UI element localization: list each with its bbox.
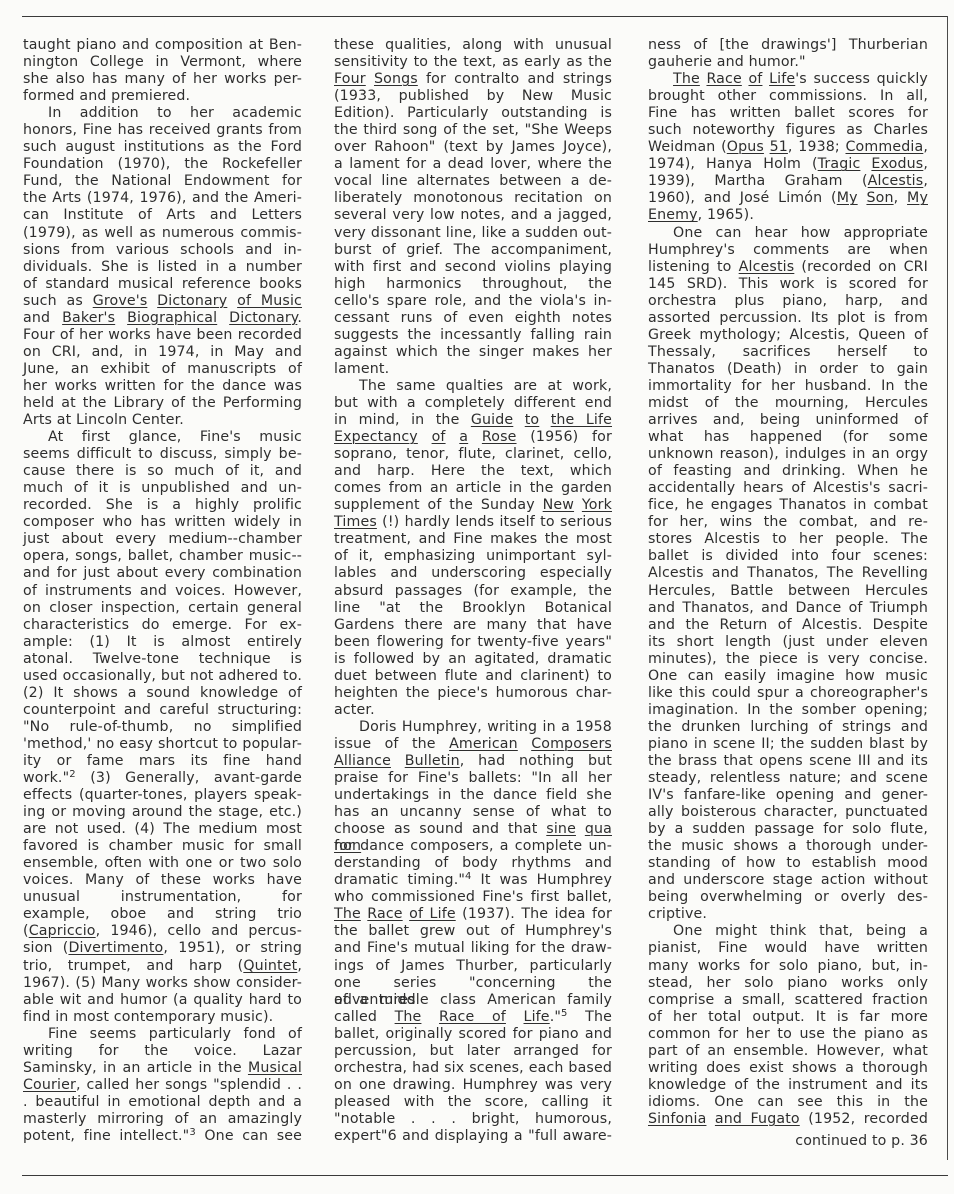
text-line: 1960), and José Limón (My Son, My (648, 190, 928, 207)
text-line: part of an ensemble. However, what (648, 1043, 928, 1060)
text-segment: opera, songs, ballet, chamber music-- (23, 548, 302, 564)
text-line: of her total output. It is far more (648, 1009, 928, 1026)
text-segment: , (923, 173, 928, 189)
text-line: and the Return of Alcestis. Despite (648, 617, 928, 634)
text-segment: 1967). (5) Many works show consider- (23, 975, 302, 991)
text-line: undertakings in the dance field she (334, 787, 612, 804)
text-line: nington College in Vermont, where (23, 54, 302, 71)
text-segment: and the Return of Alcestis. Despite (648, 617, 928, 633)
text-line: able wit and humor (a quality hard to (23, 992, 302, 1009)
text-segment (421, 1009, 439, 1025)
title-reference: York (582, 497, 612, 513)
text-line: The Race of Life's success quickly (648, 71, 928, 88)
text-segment: orchestra plus piano, harp, and (648, 293, 928, 309)
text-segment: over Rahoon" (text by James Joyce), (334, 139, 612, 155)
text-line: for her, wins the combat, and re- (648, 514, 928, 531)
text-line: opera, songs, ballet, chamber music-- (23, 548, 302, 565)
text-line: masterly mirroring of an amazingly (23, 1111, 302, 1128)
text-segment: by a sudden passage for solo flute, (648, 821, 928, 837)
title-reference: Exodus (871, 156, 923, 172)
text-segment: 'method,' no easy shortcut to popular- (23, 736, 302, 752)
text-line: minutes), the piece is very concise. (648, 651, 928, 668)
text-line: percussion, but later arranged for (334, 1043, 612, 1060)
text-line: Expectancy of a Rose (1956) for (334, 429, 612, 446)
text-segment: treatment, and Fine makes the most (334, 531, 612, 547)
text-segment: Thessaly, sacrifices herself to (648, 344, 928, 360)
text-line: Enemy, 1965). (648, 207, 928, 224)
text-line: idioms. One can see this in the (648, 1094, 928, 1111)
text-line: vocal line alternates between a de- (334, 173, 612, 190)
text-segment: burst of grief. The accompaniment, (334, 242, 612, 258)
text-segment: One might think that, being a (673, 923, 928, 939)
text-segment: being overwhelming or overly des- (648, 889, 928, 905)
text-line: on closer inspection, certain general (23, 600, 302, 617)
text-segment: the third song of the set, "She Weeps (334, 122, 612, 138)
text-segment: is followed by an agitated, dramatic (334, 651, 612, 667)
text-line: on one drawing. Humphrey was very (334, 1077, 612, 1094)
text-line: writing does exist shows a thorough (648, 1060, 928, 1077)
column-left: taught piano and composition at Ben-ning… (23, 37, 302, 1145)
text-segment: The same qualties are at work, (359, 378, 612, 394)
title-reference: Baker's (62, 310, 115, 326)
text-line: Arts at Lincoln Center. (23, 412, 302, 429)
title-reference: The (395, 1009, 422, 1025)
text-segment: held at the Library of the Performing (23, 395, 302, 411)
title-reference: Composers (531, 736, 612, 752)
text-segment: cause there is so much of it, and (23, 463, 302, 479)
text-segment: sions from various schools and in- (23, 242, 302, 258)
text-line: with first and second violins playing (334, 259, 612, 276)
text-segment: One can see (196, 1128, 302, 1144)
title-reference: Alcestis (739, 259, 795, 275)
text-segment (506, 1009, 524, 1025)
text-line: Fine seems particularly fond of (23, 1026, 302, 1043)
text-line: work."2 (3) Generally, avant-garde (23, 770, 302, 787)
text-line: in mind, in the Guide to the Life (334, 412, 612, 429)
text-line: orchestra plus piano, harp, and (648, 293, 928, 310)
text-segment: (!) hardly lends itself to serious (377, 514, 612, 530)
text-segment: expert"6 and displaying a "full aware- (334, 1128, 612, 1144)
text-segment: been flowering for twenty-five years" (334, 634, 612, 650)
text-segment: called (334, 1009, 395, 1025)
text-segment: ness of [the drawings'] Thurberian (648, 37, 928, 53)
title-reference: Guide (471, 412, 513, 428)
text-segment: criptive. (648, 906, 707, 922)
text-segment: . beautiful in emotional depth and a (23, 1094, 302, 1110)
title-reference: of (748, 71, 762, 87)
text-line: and Fine's mutual liking for the draw- (334, 940, 612, 957)
text-line: writing for the voice. Lazar (23, 1043, 302, 1060)
text-segment: , 1951), or string (163, 940, 302, 956)
text-line: issue of the American Composers (334, 736, 612, 753)
text-line: potent, fine intellect."3 One can see (23, 1128, 302, 1145)
text-segment: Fine has written ballet scores for (648, 105, 928, 121)
text-line: stead, her solo piano works only (648, 975, 928, 992)
text-segment: trio, trumpet, and harp ( (23, 958, 243, 974)
text-segment: Foundation (1970), the Rockefeller (23, 156, 302, 172)
text-segment: comes from an article in the garden (334, 480, 612, 496)
text-line: a lament for a dead lover, where the (334, 156, 612, 173)
text-line: assorted percussion. Its plot is from (648, 310, 928, 327)
text-line: steady, relentless nature; and scene (648, 770, 928, 787)
text-line: taught piano and composition at Ben- (23, 37, 302, 54)
text-line: In addition to her academic (23, 105, 302, 122)
text-line: against which the singer makes her (334, 344, 612, 361)
text-segment: Alcestis and Thanatos, The Revelling (648, 565, 928, 581)
text-line: . beautiful in emotional depth and a (23, 1094, 302, 1111)
text-line: its short length (just under eleven (648, 634, 928, 651)
title-reference: Race of (439, 1009, 506, 1025)
text-line: Courier, called her songs "splendid . . (23, 1077, 302, 1094)
text-segment: high harmonics throughout, the (334, 276, 612, 292)
text-line: Saminsky, in an article in the Musical (23, 1060, 302, 1077)
text-line: sion (Divertimento, 1951), or string (23, 940, 302, 957)
text-segment: writing does exist shows a thorough (648, 1060, 928, 1076)
text-line: piano in scene II; the sudden blast by (648, 736, 928, 753)
text-line: common for her to use the piano as (648, 1026, 928, 1043)
text-segment: unusual instrumentation, for (23, 889, 302, 905)
text-line: composer who has written widely in (23, 514, 302, 531)
text-segment: pianist, Fine would have written (648, 940, 928, 956)
text-segment: such august institutions as the Ford (23, 139, 302, 155)
text-segment: the Arts (1974, 1976), and the Ameri- (23, 190, 302, 206)
text-segment: Fine seems particularly fond of (48, 1026, 302, 1042)
text-segment: orchestra, had six scenes, each based (334, 1060, 612, 1076)
text-line: dividuals. She is listed in a number (23, 259, 302, 276)
text-segment: , called her songs "splendid . . (76, 1077, 302, 1093)
text-line: One can hear how appropriate (648, 225, 928, 242)
text-line: the third song of the set, "She Weeps (334, 122, 612, 139)
text-line: used occasionally, but not adhered to. (23, 668, 302, 685)
text-segment: seems difficult to discuss, simply be- (23, 446, 302, 462)
text-segment: 's success quickly (795, 71, 928, 87)
text-segment: supplement of the Sunday (334, 497, 543, 513)
text-line: soprano, tenor, flute, clarinet, cello, (334, 446, 612, 463)
text-segment: , (297, 958, 302, 974)
text-line: the brass that opens scene III and its (648, 753, 928, 770)
text-segment: ity or fame mars its fine hand (23, 753, 302, 769)
text-segment: liberately monotonous recitation on (334, 190, 612, 206)
text-line: of standard musical reference books (23, 276, 302, 293)
text-line: absurd passages (for example, the (334, 583, 612, 600)
text-line: pianist, Fine would have written (648, 940, 928, 957)
text-line: expert"6 and displaying a "full aware- (334, 1128, 612, 1145)
text-line: Edition). Particularly outstanding is (334, 105, 612, 122)
title-reference: of Life (409, 906, 456, 922)
text-line: who commissioned Fine's first ballet, (334, 889, 612, 906)
text-segment: on one drawing. Humphrey was very (334, 1077, 612, 1093)
text-segment: Arts at Lincoln Center. (23, 412, 184, 428)
text-segment: find in most contemporary music). (23, 1009, 273, 1025)
text-line: over Rahoon" (text by James Joyce), (334, 139, 612, 156)
text-line: many works for solo piano, but, in- (648, 958, 928, 975)
title-reference: of Music (237, 293, 302, 309)
text-segment: recorded. She is a highly prolific (23, 497, 302, 513)
text-segment: imagination. In the somber opening; (648, 702, 928, 718)
text-line: find in most contemporary music). (23, 1009, 302, 1026)
title-reference: Sinfonia (648, 1111, 706, 1127)
text-segment: derstanding of body rhythms and (334, 855, 612, 871)
right-rule (947, 16, 948, 1160)
text-segment: 1939), Martha Graham ( (648, 173, 868, 189)
text-line: one series "concerning the adventures (334, 975, 612, 992)
text-line: Times (!) hardly lends itself to serious (334, 514, 612, 531)
text-segment: brought other commissions. In all, (648, 88, 928, 104)
text-line: ity or fame mars its fine hand (23, 753, 302, 770)
title-reference: Biographical (127, 310, 217, 326)
text-segment: IV's fanfare-like opening and gener- (648, 787, 928, 803)
text-segment: stores Alcestis to her people. The (648, 531, 928, 547)
text-segment: on CRI, and, in 1974, in May and (23, 344, 302, 360)
text-line: cessant runs of even eighth notes (334, 310, 612, 327)
text-segment: arrives and, being uninformed of (648, 412, 928, 428)
text-line: sensitivity to the text, as early as the (334, 54, 612, 71)
text-line: ballet is divided into four scenes: (648, 548, 928, 565)
text-line: Fine has written ballet scores for (648, 105, 928, 122)
text-line: the drunken lurching of strings and (648, 719, 928, 736)
text-segment: , 1946), cello and percus- (96, 923, 302, 939)
text-line: just about every medium--chamber (23, 531, 302, 548)
text-segment: who commissioned Fine's first ballet, (334, 889, 612, 905)
text-line: IV's fanfare-like opening and gener- (648, 787, 928, 804)
text-line: Fund, the National Endowment for (23, 173, 302, 190)
text-line: Alliance Bulletin, had nothing but (334, 753, 612, 770)
text-segment: (recorded on CRI (794, 259, 928, 275)
text-segment: used occasionally, but not adhered to. (23, 668, 302, 684)
text-segment: duet between flute and clarinent) to (334, 668, 612, 684)
text-line: on CRI, and, in 1974, in May and (23, 344, 302, 361)
text-segment: The (568, 1009, 612, 1025)
text-segment: cessant runs of even eighth notes (334, 310, 612, 326)
text-line: 'method,' no easy shortcut to popular- (23, 736, 302, 753)
title-reference: Songs (374, 71, 418, 87)
text-line: she also has many of her works per- (23, 71, 302, 88)
text-segment: ings of James Thurber, particularly (334, 958, 612, 974)
text-line: been flowering for twenty-five years" (334, 634, 612, 651)
text-line: 1974), Hanya Holm (Tragic Exodus, (648, 156, 928, 173)
text-segment (391, 753, 405, 769)
text-line: At first glance, Fine's music (23, 429, 302, 446)
text-segment: Gardens there are many that have (334, 617, 612, 633)
column-right: ness of [the drawings'] Thurberiangauher… (648, 37, 928, 1150)
text-line: June, an exhibit of manuscripts of (23, 361, 302, 378)
continuation-note: continued to p. 36 (648, 1133, 928, 1150)
text-segment: (1952, recorded (800, 1111, 928, 1127)
text-line: 145 SRD). This work is scored for (648, 276, 928, 293)
text-line: liberately monotonous recitation on (334, 190, 612, 207)
top-rule (22, 16, 948, 17)
title-reference: Opus (727, 139, 764, 155)
text-segment: the ballet grew out of Humphrey's (334, 923, 612, 939)
text-line: are not used. (4) The medium most (23, 821, 302, 838)
bottom-rule (22, 1175, 948, 1176)
text-segment: , had nothing but (460, 753, 612, 769)
text-segment: and underscore stage action without (648, 872, 928, 888)
text-segment: (1937). The idea for (456, 906, 612, 922)
text-line: voices. Many of these works have (23, 872, 302, 889)
text-segment (418, 429, 432, 445)
text-line: and Baker's Biographical Dictonary. (23, 310, 302, 327)
text-segment: Four of her works have been recorded (23, 327, 302, 343)
text-line: listening to Alcestis (recorded on CRI (648, 259, 928, 276)
text-segment: , 1965). (698, 207, 754, 223)
text-line: trio, trumpet, and harp (Quintet, (23, 958, 302, 975)
text-line: Weidman (Opus 51, 1938; Commedia, (648, 139, 928, 156)
text-segment: with first and second violins playing (334, 259, 612, 275)
text-line: high harmonics throughout, the (334, 276, 612, 293)
title-reference: The (673, 71, 700, 87)
title-reference: Life (769, 71, 795, 87)
title-reference: sine (546, 821, 576, 837)
text-segment (513, 412, 524, 428)
text-segment (706, 1111, 714, 1127)
text-line: is followed by an agitated, dramatic (334, 651, 612, 668)
text-line: and underscore stage action without (648, 872, 928, 889)
title-reference: American (449, 736, 518, 752)
text-segment: One can hear how appropriate (673, 225, 928, 241)
text-segment: ensemble, often with one or two solo (23, 855, 302, 871)
text-segment: just about every medium--chamber (23, 531, 302, 547)
text-line: of it, emphasizing unimportant syl- (334, 548, 612, 565)
text-segment: taught piano and composition at Ben- (23, 37, 302, 53)
text-segment (574, 497, 582, 513)
text-segment (366, 71, 374, 87)
text-segment: of instruments and voices. However, (23, 583, 302, 599)
title-reference: of (432, 429, 446, 445)
text-line: much of it is unpublished and un- (23, 480, 302, 497)
text-line: burst of grief. The accompaniment, (334, 242, 612, 259)
text-line: criptive. (648, 906, 928, 923)
text-segment: pleased with the score, calling it (334, 1094, 612, 1110)
text-segment: her works written for the dance was (23, 378, 302, 394)
text-segment: piano in scene II; the sudden blast by (648, 736, 928, 752)
text-segment: and Fine's mutual liking for the draw- (334, 940, 612, 956)
text-segment: nington College in Vermont, where (23, 54, 302, 70)
text-line: and Thanatos, and Dance of Triumph (648, 600, 928, 617)
text-line: characteristics do emerge. For ex- (23, 617, 302, 634)
text-segment: common for her to use the piano as (648, 1026, 928, 1042)
title-reference: and Fugato (715, 1111, 800, 1127)
text-line: Sinfonia and Fugato (1952, recorded (648, 1111, 928, 1128)
title-reference: New (543, 497, 574, 513)
text-segment: (3) Generally, avant-garde (76, 770, 302, 786)
text-segment: its short length (just under eleven (648, 634, 928, 650)
text-segment: masterly mirroring of an amazingly (23, 1111, 302, 1127)
text-line: ings of James Thurber, particularly (334, 958, 612, 975)
text-segment: like this could spur a choreographer's (648, 685, 928, 701)
text-segment: gauherie and humor." (648, 54, 806, 70)
text-line: has an uncanny sense of what to (334, 804, 612, 821)
title-reference: Alcestis (868, 173, 924, 189)
title-reference: My (837, 190, 858, 206)
text-line: Greek mythology; Alcestis, Queen of (648, 327, 928, 344)
text-segment: in mind, in the (334, 412, 471, 428)
text-segment: such as (23, 293, 93, 309)
text-line: 1939), Martha Graham (Alcestis, (648, 173, 928, 190)
text-line: Gardens there are many that have (334, 617, 612, 634)
text-segment: stead, her solo piano works only (648, 975, 928, 991)
text-line: such august institutions as the Ford (23, 139, 302, 156)
text-line: immortality for her husband. In the (648, 378, 928, 395)
text-segment (227, 293, 237, 309)
text-segment: acter. (334, 702, 375, 718)
text-segment: on closer inspection, certain general (23, 600, 302, 616)
text-segment: (1979), as well as numerous commis- (23, 225, 302, 241)
text-segment: the brass that opens scene III and its (648, 753, 928, 769)
text-segment: formed and premiered. (23, 88, 190, 104)
text-line: can Institute of Arts and Letters (23, 207, 302, 224)
text-line: Doris Humphrey, writing in a 1958 (334, 719, 612, 736)
text-segment: 145 SRD). This work is scored for (648, 276, 928, 292)
text-line: formed and premiered. (23, 88, 302, 105)
text-segment: many works for solo piano, but, in- (648, 958, 928, 974)
text-line: derstanding of body rhythms and (334, 855, 612, 872)
text-line: pleased with the score, calling it (334, 1094, 612, 1111)
text-line: 1967). (5) Many works show consider- (23, 975, 302, 992)
text-segment: very dissonant line, like a sudden out- (334, 225, 612, 241)
text-line: of instruments and voices. However, (23, 583, 302, 600)
title-reference: Rose (482, 429, 517, 445)
column-middle: these qualities, along with unusualsensi… (334, 37, 612, 1145)
text-line: several very low notes, and a jagged, (334, 207, 612, 224)
text-line: comes from an article in the garden (334, 480, 612, 497)
title-reference: Capriccio (29, 923, 96, 939)
text-line: One might think that, being a (648, 923, 928, 940)
text-line: arrives and, being uninformed of (648, 412, 928, 429)
text-segment: "notable . . . bright, humorous, (334, 1111, 612, 1127)
text-line: orchestra, had six scenes, each based (334, 1060, 612, 1077)
text-line: ensemble, often with one or two solo (23, 855, 302, 872)
text-segment: are not used. (4) The medium most (23, 821, 302, 837)
text-segment: , (923, 156, 928, 172)
text-segment: , 1938; (788, 139, 846, 155)
text-segment: assorted percussion. Its plot is from (648, 310, 928, 326)
text-segment: "No rule-of-thumb, no simplified (23, 719, 302, 735)
title-reference: Musical (248, 1060, 302, 1076)
text-segment: dramatic timing." (334, 872, 465, 888)
text-segment: able wit and humor (a quality hard to (23, 992, 302, 1008)
title-reference: Grove's (93, 293, 148, 309)
text-segment: standing of how to establish mood (648, 855, 928, 871)
text-segment: fice, he engages Thanatos in combat (648, 497, 928, 513)
text-line: ing or moving around the stage, etc.) (23, 804, 302, 821)
text-segment: (1933, published by New Music (334, 88, 612, 104)
text-line: of a middle class American family (334, 992, 612, 1009)
text-segment: ing or moving around the stage, etc.) (23, 804, 302, 820)
text-line: (1933, published by New Music (334, 88, 612, 105)
title-reference: Bulletin (405, 753, 460, 769)
text-segment: accidentally hears of Alcestis's sacri- (648, 480, 928, 496)
text-line: comprise a small, scattered fraction (648, 992, 928, 1009)
text-segment: Doris Humphrey, writing in a 1958 (359, 719, 612, 735)
text-line: seems difficult to discuss, simply be- (23, 446, 302, 463)
text-segment: midst of the mourning, Hercules (648, 395, 928, 411)
text-segment (576, 821, 585, 837)
text-line: Humphrey's comments are when (648, 242, 928, 259)
title-reference: Race (706, 71, 741, 87)
text-line: ballet, originally scored for piano and (334, 1026, 612, 1043)
text-line: example, oboe and string trio (23, 906, 302, 923)
title-reference: Son (866, 190, 893, 206)
text-line: the Arts (1974, 1976), and the Ameri- (23, 190, 302, 207)
text-segment: composer who has written widely in (23, 514, 302, 530)
text-line: lament. (334, 361, 612, 378)
title-reference: 51 (770, 139, 788, 155)
text-line: Four Songs for contralto and strings (334, 71, 612, 88)
text-line: counterpoint and careful structuring: (23, 702, 302, 719)
text-line: sions from various schools and in- (23, 242, 302, 259)
text-segment: has an uncanny sense of what to (334, 804, 612, 820)
